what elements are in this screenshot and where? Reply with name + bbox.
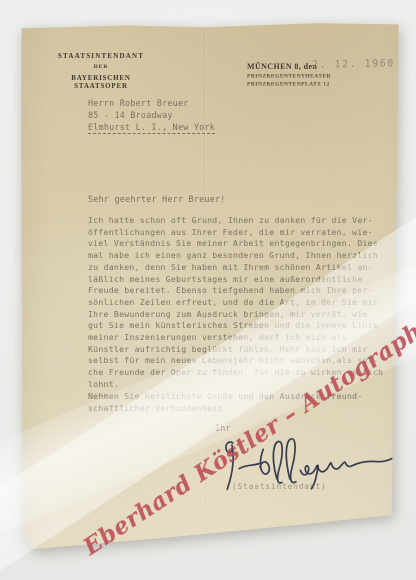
letterhead-institution: BAYERISCHEN STAATSOPER [55,74,147,90]
horizontal-fold-crease-2 [24,43,184,51]
letterhead-sender-block: STAATSINTENDANT DER BAYERISCHEN STAATSOP… [55,52,147,90]
valediction: Ihr [215,423,231,433]
recipient-street: 85 - 14 Broadway [88,110,173,120]
photo-backdrop: STAATSINTENDANT DER BAYERISCHEN STAATSOP… [0,0,416,580]
letter-paper-shadow: STAATSINTENDANT DER BAYERISCHEN STAATSOP… [0,0,416,580]
salutation: Sehr geehrter Herr Breuer! [88,194,226,204]
recipient-address-block: Herrn Robert Breuer85 - 14 BroadwayElmhu… [88,97,215,133]
letter-paper: STAATSINTENDANT DER BAYERISCHEN STAATSOP… [0,0,416,580]
signature-caption: (Staatsintendant) [232,482,327,491]
letterhead-der: DER [55,64,147,70]
letterhead-theater-line: PRINZREGENTENTHEATER [247,74,331,80]
letter-body-paragraph: Ich hatte schon oft Grund, Ihnen zu dank… [88,215,383,391]
letter-closing-paragraph: Nehmen Sie herzlichste Grüße und den Aus… [88,391,363,415]
letterhead-address-line: PRINZREGENTENPLATZ 12 [247,82,331,88]
recipient-city: Elmhurst L. I., New York [88,122,215,134]
letterhead-title: STAATSINTENDANT [55,52,147,60]
date-stamp: 2. 12. 1960 [312,58,395,70]
horizontal-fold-crease [24,168,394,170]
recipient-name: Herrn Robert Breuer [88,98,189,108]
